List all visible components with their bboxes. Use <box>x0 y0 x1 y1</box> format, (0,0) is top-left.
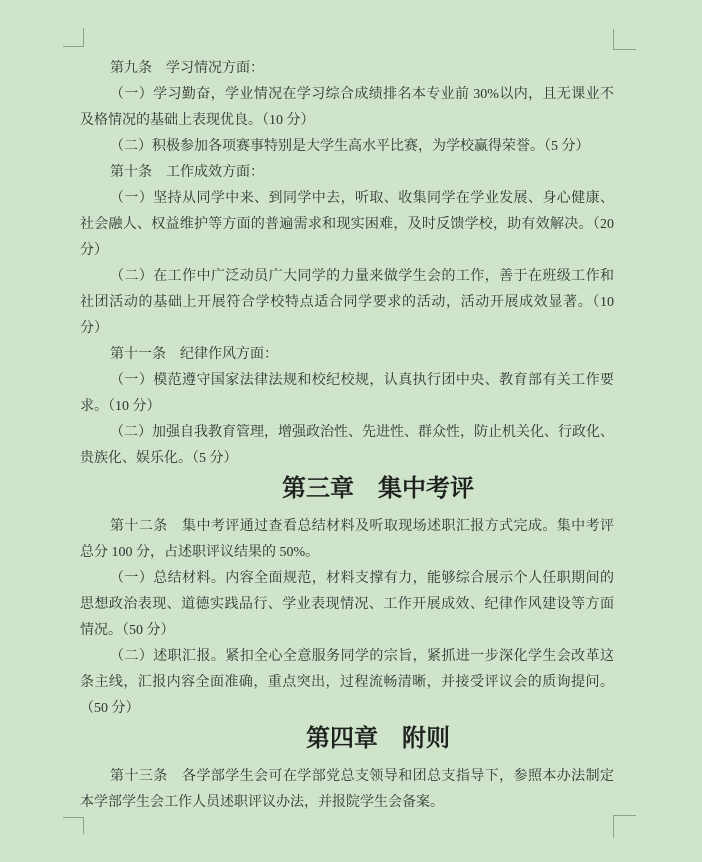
document-line: 思想政治表现、道德实践品行、学业表现情况、工作开展成效、纪律作风建设等方面 <box>80 592 614 618</box>
document-line: （50 分） <box>80 696 614 722</box>
text-boundary-mark-top-right <box>613 29 636 50</box>
document-line: （二）积极参加各项赛事特别是大学生高水平比赛，为学校赢得荣誉。（5 分） <box>80 134 614 160</box>
document-line: 条主线，汇报内容全面准确，重点突出，过程流畅清晰，并接受评议会的质询提问。 <box>80 670 614 696</box>
article-13-heading-line: 第十三条 各学部学生会可在学部党总支领导和团总支指导下，参照本办法制定 <box>80 764 614 790</box>
document-line: 情况。（50 分） <box>80 618 614 644</box>
document-page: 第九条 学习情况方面： （一）学习勤奋，学业情况在学习综合成绩排名本专业前 30… <box>0 0 702 862</box>
document-line: （一）学习勤奋，学业情况在学习综合成绩排名本专业前 30%以内，且无课业不 <box>80 82 614 108</box>
document-line: （二）在工作中广泛动员广大同学的力量来做学生会的工作，善于在班级工作和 <box>80 264 614 290</box>
article-12-heading-line: 第十二条 集中考评通过查看总结材料及听取现场述职汇报方式完成。集中考评 <box>80 514 614 540</box>
text-boundary-mark-top-left <box>63 28 84 47</box>
document-line: （二）述职汇报。紧扣全心全意服务同学的宗旨，紧抓进一步深化学生会改革这 <box>80 644 614 670</box>
document-line: （一）总结材料。内容全面规范，材料支撑有力，能够综合展示个人任职期间的 <box>80 566 614 592</box>
document-line: 社会融人、权益维护等方面的普遍需求和现实困难，及时反馈学校，助有效解决。（20 <box>80 212 614 238</box>
document-line: 求。（10 分） <box>80 394 614 420</box>
chapter-4-heading: 第四章 附则 <box>80 724 614 754</box>
document-line: 贵族化、娱乐化。（5 分） <box>80 446 614 472</box>
article-11-heading-line: 第十一条 纪律作风方面： <box>80 342 614 368</box>
document-body: 第九条 学习情况方面： （一）学习勤奋，学业情况在学习综合成绩排名本专业前 30… <box>80 56 614 816</box>
chapter-3-heading: 第三章 集中考评 <box>80 474 614 504</box>
article-9-heading-line: 第九条 学习情况方面： <box>80 56 614 82</box>
text-boundary-mark-bottom-right <box>613 815 636 838</box>
document-line: 总分 100 分，占述职评议结果的 50%。 <box>80 540 614 566</box>
document-line: 分） <box>80 316 614 342</box>
document-line: 及格情况的基础上表现优良。（10 分） <box>80 108 614 134</box>
document-line: （一）坚持从同学中来、到同学中去，听取、收集同学在学业发展、身心健康、 <box>80 186 614 212</box>
document-line: 本学部学生会工作人员述职评议办法，并报院学生会备案。 <box>80 790 614 816</box>
document-line: （一）模范遵守国家法律法规和校纪校规，认真执行团中央、教育部有关工作要 <box>80 368 614 394</box>
article-10-heading-line: 第十条 工作成效方面： <box>80 160 614 186</box>
document-line: （二）加强自我教育管理，增强政治性、先进性、群众性，防止机关化、行政化、 <box>80 420 614 446</box>
text-boundary-mark-bottom-left <box>63 817 84 834</box>
document-line: 社团活动的基础上开展符合学校特点适合同学要求的活动，活动开展成效显著。（10 <box>80 290 614 316</box>
document-line: 分） <box>80 238 614 264</box>
